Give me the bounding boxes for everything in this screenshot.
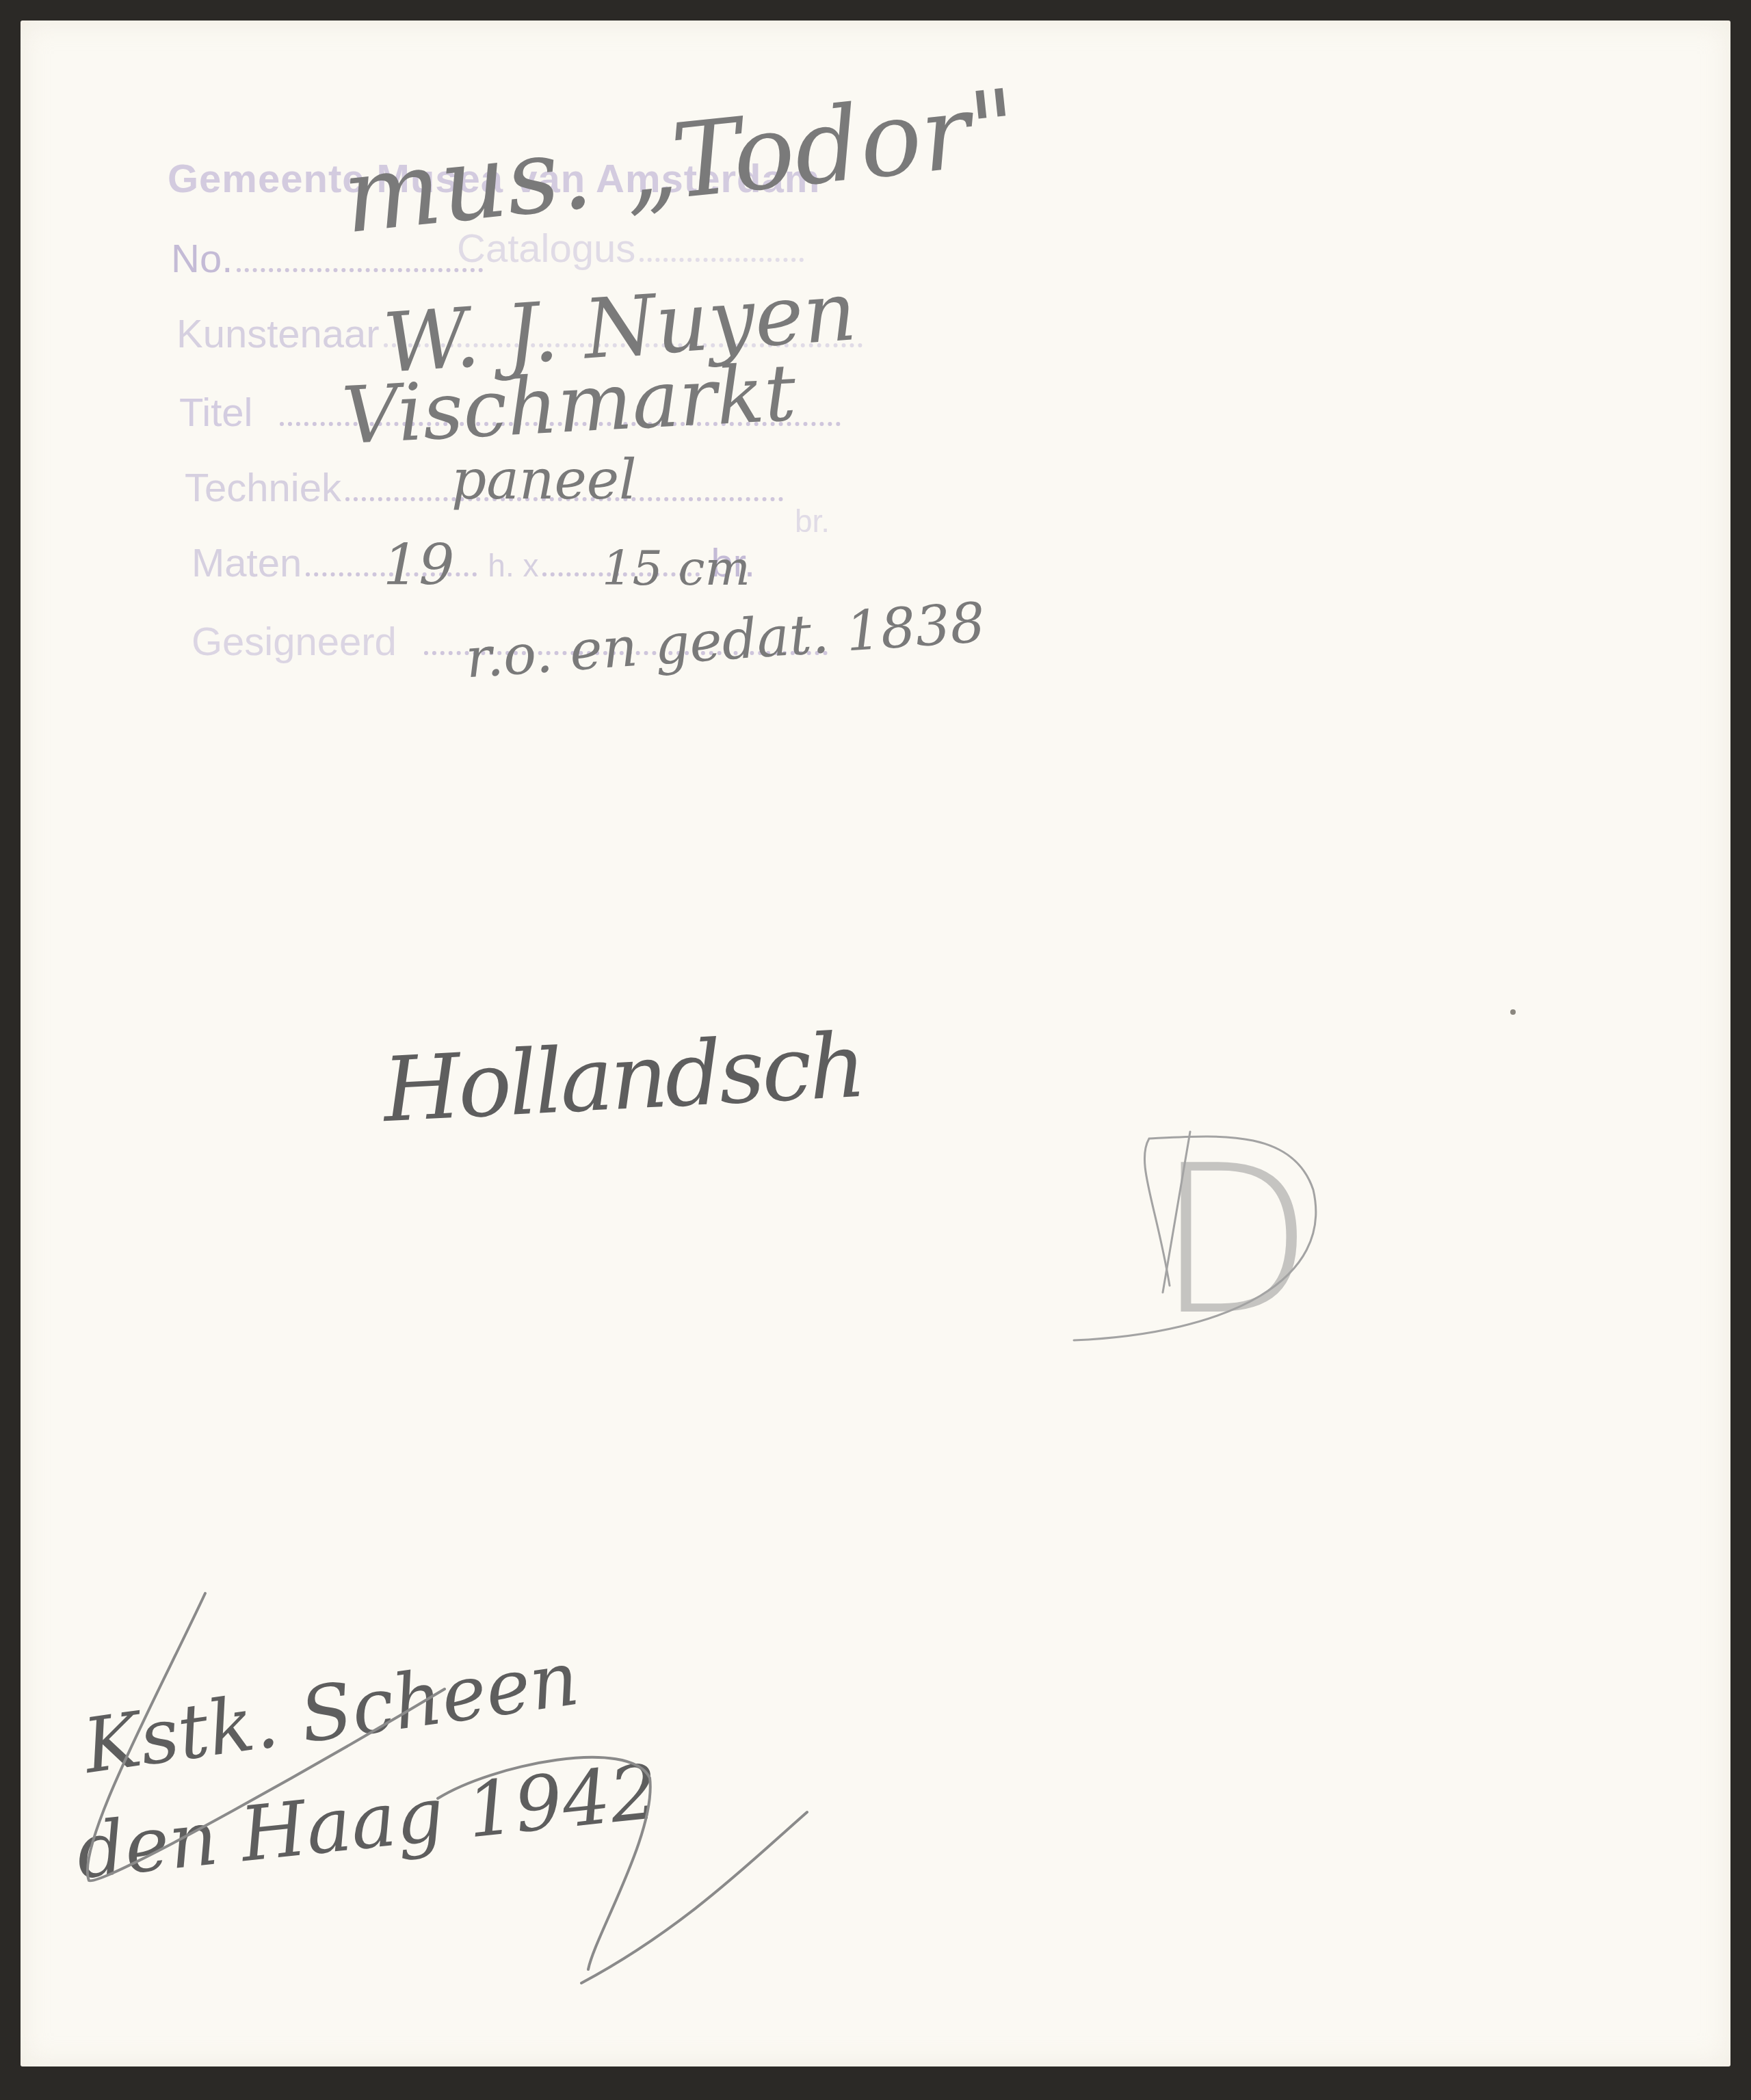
pencil-flourish-strokes <box>0 0 1751 2100</box>
paper-speck <box>1510 1009 1516 1015</box>
